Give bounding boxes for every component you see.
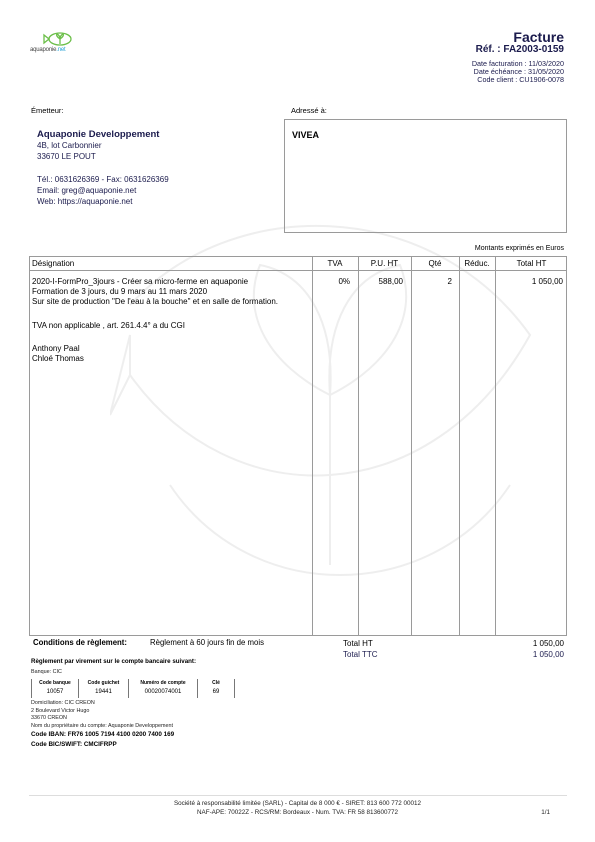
row-unit-price: 588,00 — [379, 277, 403, 286]
domiciliation-address-line1: 2 Boulevard Victor Hugo — [31, 708, 89, 714]
table-header: Désignation TVA P.U. HT Qté Réduc. Total… — [30, 257, 566, 271]
bic-swift: Code BIC/SWIFT: CMCIFRPP — [31, 741, 117, 748]
header-designation: Désignation — [32, 259, 74, 268]
account-number-value: 00020074001 — [129, 689, 197, 695]
sender-web: Web: https://aquaponie.net — [37, 197, 132, 206]
total-ht-label: Total HT — [343, 639, 373, 648]
recipient-label: Adressé à: — [291, 106, 327, 115]
sender-address-line1: 4B, lot Carbonnier — [37, 141, 101, 150]
invoice-lines-table: Désignation TVA P.U. HT Qté Réduc. Total… — [29, 256, 567, 636]
column-divider — [411, 257, 412, 635]
row-description-line: Formation de 3 jours, du 9 mars au 11 ma… — [32, 287, 207, 296]
bank-name: Banque: CIC — [31, 669, 62, 675]
sender-email: Email: greg@aquaponie.net — [37, 186, 136, 195]
company-logo: aquaponie.net — [30, 30, 90, 58]
footer-legal-line2: NAF-APE: 70022Z - RCS/RM: Bordeaux - Num… — [0, 809, 595, 816]
sender-address-line2: 33670 LE POUT — [37, 152, 96, 161]
account-number-column: Numéro de compte 00020074001 — [128, 679, 197, 698]
column-divider — [312, 257, 313, 635]
account-owner: Nom du propriétaire du compte: Aquaponie… — [31, 723, 173, 729]
key-value: 69 — [198, 689, 234, 695]
header-discount: Réduc. — [459, 259, 495, 268]
row-description-line: Chloé Thomas — [32, 354, 84, 363]
bank-code-column: Code banque 10057 — [31, 679, 78, 698]
row-total: 1 050,00 — [532, 277, 563, 286]
header-unit-price: P.U. HT — [358, 259, 411, 268]
row-description-line: Sur site de production "De l'eau à la bo… — [32, 297, 278, 306]
sender-label: Émetteur: — [31, 106, 64, 115]
total-ht-value: 1 050,00 — [533, 639, 564, 648]
key-column: Clé 69 — [197, 679, 235, 698]
bank-transfer-title: Règlement par virement sur le compte ban… — [31, 658, 196, 665]
row-description-line: 2020-I-FormPro_3jours - Créer sa micro-f… — [32, 277, 248, 286]
key-header: Clé — [198, 680, 234, 686]
row-vat: 0% — [338, 277, 350, 286]
total-ttc-label: Total TTC — [343, 650, 378, 659]
header-total: Total HT — [495, 259, 568, 268]
page-number: 1/1 — [541, 809, 550, 816]
payment-conditions-value: Règlement à 60 jours fin de mois — [150, 638, 264, 647]
row-quantity: 2 — [448, 277, 452, 286]
account-number-header: Numéro de compte — [129, 680, 197, 686]
fish-plant-icon — [30, 30, 90, 48]
iban: Code IBAN: FR76 1005 7194 4100 0200 7400… — [31, 731, 174, 738]
recipient-box: VIVEA — [284, 119, 567, 233]
domiciliation: Domiciliation: CIC CREON — [31, 700, 95, 706]
row-description-line: Anthony Paal — [32, 344, 80, 353]
row-description-line: TVA non applicable , art. 261.4.4° a du … — [32, 321, 185, 330]
client-code: Code client : CU1906-0078 — [477, 75, 564, 84]
recipient-name: VIVEA — [292, 130, 319, 140]
bank-code-header: Code banque — [32, 680, 78, 686]
domiciliation-address-line2: 33670 CREON — [31, 715, 67, 721]
sender-phone-fax: Tél.: 0631626369 - Fax: 0631626369 — [37, 175, 169, 184]
branch-code-column: Code guichet 19441 — [78, 679, 128, 698]
invoice-reference: Réf. : FA2003-0159 — [476, 44, 564, 55]
total-ttc-value: 1 050,00 — [533, 650, 564, 659]
bank-code-value: 10057 — [32, 689, 78, 695]
column-divider — [358, 257, 359, 635]
sender-name: Aquaponie Developpement — [37, 129, 159, 140]
column-divider — [459, 257, 460, 635]
footer-legal-line1: Société à responsabilité limitée (SARL) … — [0, 800, 595, 807]
document-title: Facture — [513, 29, 564, 45]
column-divider — [495, 257, 496, 635]
payment-conditions-label: Conditions de règlement: — [33, 638, 127, 647]
currency-note: Montants exprimés en Euros — [475, 245, 564, 252]
branch-code-value: 19441 — [79, 689, 128, 695]
branch-code-header: Code guichet — [79, 680, 128, 686]
footer-divider — [29, 795, 567, 796]
header-quantity: Qté — [411, 259, 459, 268]
logo-text: aquaponie.net — [30, 47, 65, 53]
header-vat: TVA — [312, 259, 358, 268]
